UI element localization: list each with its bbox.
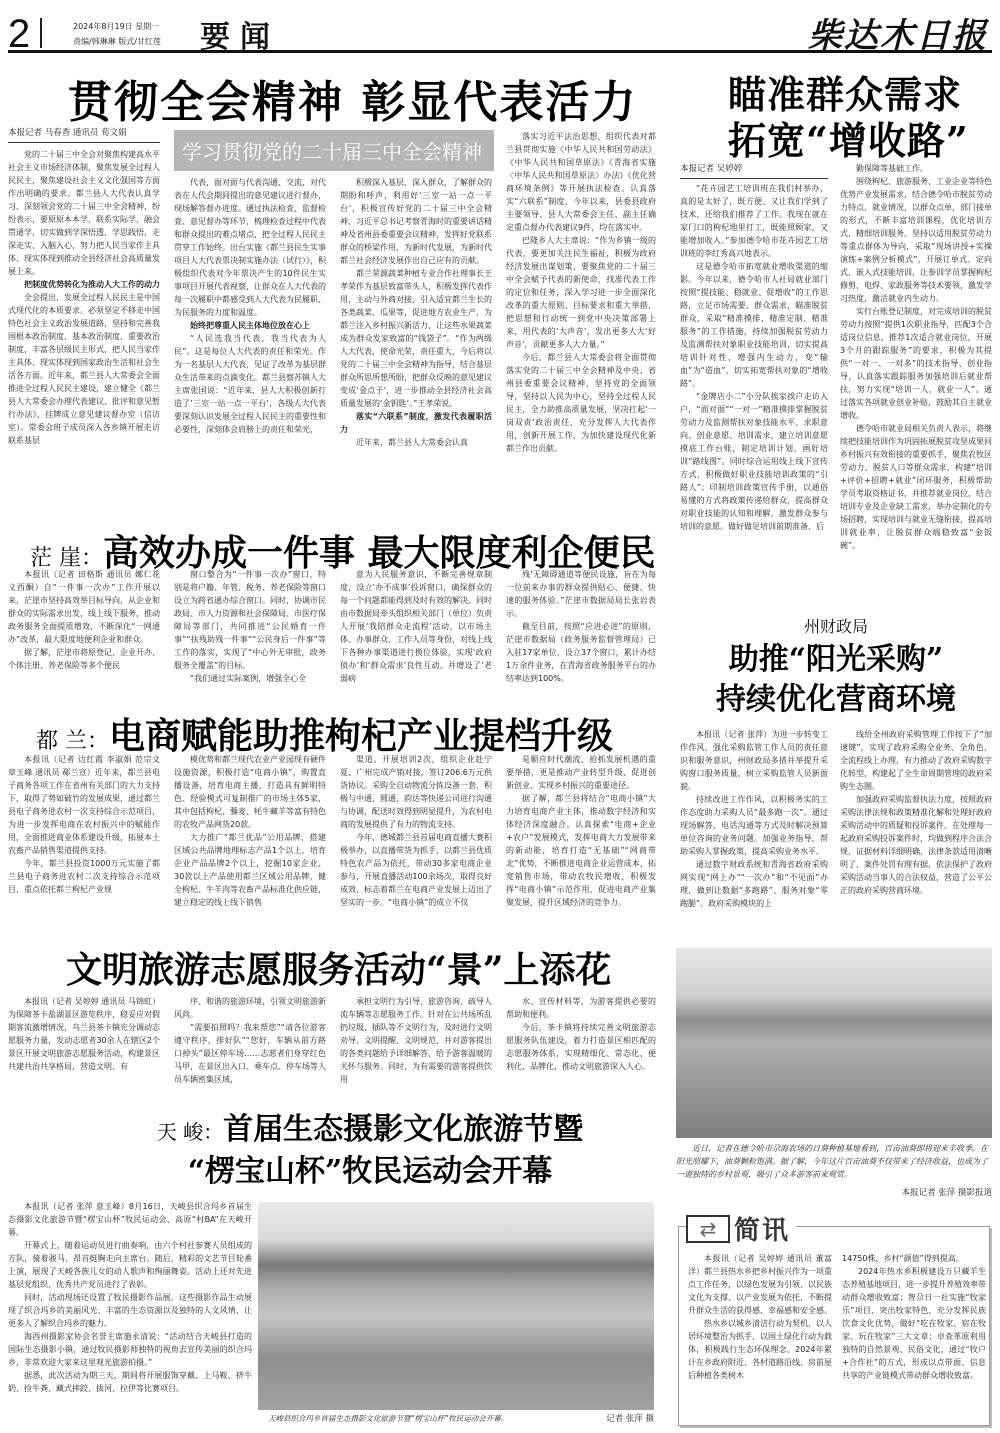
article2-col1: “花卉园艺工培训班在我们村举办，真的是太好了，既方便、又让我们学到了技术，还给我…: [680, 182, 828, 602]
article6-col4: 水、宣传材料等，为游客提供必要的帮助和便利。今后，茶卡镇将持续完善文明旅游志愿服…: [506, 995, 656, 1095]
issue-date: 2024年8月19日 星期一: [73, 21, 159, 33]
article1-byline: 本报记者 马春香 通讯员 荀文娟: [8, 126, 160, 143]
article5-col4: 是顺应时代潮流、抢抓发展机遇的重要举措，更是推动产业转型升级、促进创新创业、实现…: [506, 753, 656, 923]
header-rule: [8, 50, 992, 53]
herdsmen-games-photo: [258, 1202, 654, 1410]
article5-col1: 本报讯（记者 边红霞 李淑娟 范宗文 章玉峰 通讯员 郗兰宣）近年来，都兰县电子…: [8, 753, 160, 923]
article1-col3: 积极深入基层、深入群众，了解群众的期盼和呼声，利用好‘三室一站一点一平台’，积极…: [340, 176, 492, 523]
article5-col3: 渠道。开展培训2次，组织企业赴宁夏、广州完成产销对接，签订206.6万元供货协议…: [340, 753, 492, 923]
photo2-caption: 天峻县织合玛乡首届生态摄影文化旅游节暨“楞宝山杯”牧民运动会开幕。: [268, 1412, 558, 1425]
article5-headline: 电商赋能助推枸杞产业提档升级: [109, 715, 613, 757]
article5-headline-wrap: 都 兰：电商赋能助推枸杞产业提档升级: [36, 708, 613, 759]
brief-title: 简讯: [734, 1210, 790, 1247]
photo1-caption: 近日，记者在德令哈市尕海农场的日葵种植基地看到，百亩油葵即将迎来丰收季。在阳光照…: [676, 1142, 992, 1181]
photo2-credit: 记者 张萍 摄: [560, 1412, 654, 1424]
article3-col3: 意为人民服务意识，不断完善规章制度，设立‘办不成事’投诉窗口，确保群众的每一个问…: [340, 568, 492, 696]
article1-banner: 学习贯彻党的二十届三中全会精神: [174, 130, 494, 171]
article2-byline: 本报记者 吴婷婷: [680, 162, 828, 179]
article6-col1: 本报讯（记者 吴婷婷 通讯员 马锦虹）为保障茶卡盐湖景区游览秩序，稳妥应对假期客…: [8, 995, 160, 1095]
header-divider: [40, 18, 42, 48]
article6-col2: 序、和谐的旅游环境，引领文明旅游新风尚。“需要拍照吗？我来帮您”“请各位游客遵守…: [174, 995, 326, 1095]
article4-col1: 本报讯（记者 张萍）为进一步转变工作作风，强化采购监管工作人员的责任意识和服务意…: [680, 728, 828, 933]
article2-headline: 瞄准群众需求 拓宽“增收路”: [728, 72, 969, 164]
page-number: 2: [8, 14, 30, 54]
refresh-arrows-icon: ⇄: [686, 1215, 730, 1243]
sunflower-field-photo: [676, 948, 992, 1138]
editors-credit: 责编/韩琳琳 版式/甘红莲: [73, 36, 161, 47]
article3-col4: 残’无障碍通道等便民设施，旨在为每一位前来办事的群众提供贴心、便捷、快速的服务体…: [506, 568, 656, 696]
article6-col3: 承担文明行为引导、旅游咨询、疏导人流车辆等志愿服务工作。针对在公共场所乱扔垃圾、…: [340, 995, 492, 1095]
article4-kicker: 州财政局: [680, 614, 992, 637]
brief-col1: 本报讯（记者 吴婷婷 通讯员 董富洋）都兰县热水乡把乡村振兴作为一项重点工作任务…: [688, 1252, 832, 1422]
article1-col1: 党的二十届三中全会对聚焦构建高水平社会主义市场经济体制，聚焦发展全过程人民民主，…: [8, 148, 160, 523]
article4-col2: 线给全州政府采购管理工作按下了“加速键”，实现了政府采购全业务、全角色、全流程线…: [840, 728, 992, 933]
photo1-credit: 本报记者 张萍 摄影报道: [676, 1186, 992, 1198]
article5-kicker: 都 兰：: [36, 729, 109, 754]
article7-headline: 天 峻：首届生态摄影文化旅游节暨 “楞宝山杯”牧民运动会开幕: [70, 1110, 670, 1192]
article2-col2: 勤保障等基础工作。围绕枸杞、旅游服务、工业企业等特色优势产业发展需求，结合德令哈…: [840, 162, 992, 602]
article7-kicker: 天 峻：: [157, 1120, 223, 1144]
article1-headline: 贯彻全会精神 彰显代表活力: [68, 66, 637, 130]
article3-col2: 窗口整合为“一件事一次办”窗口，特别是将户籍、年管、税务、养老保险等窗口设立为跨…: [174, 568, 326, 696]
article1-col2: 代表，面对面与代表沟通、交流，对代表在人代会期间提出的意见建议进行督办，现场解答…: [174, 176, 326, 523]
brief-col2: 14750株，乡村“颜值”得到提高。2024年热水乡积极建设万只藏羊生态养殖基地…: [842, 1252, 986, 1422]
brief-header: ⇄ 简讯: [686, 1210, 796, 1247]
article6-headline: 文明旅游志愿服务活动“景”上添花: [66, 942, 611, 993]
article4-headline: 助推“阳光采购” 持续优化营商环境: [680, 640, 992, 720]
article7-body: 本报讯（记者 张萍 意玉峰）8月16日，天峻县织合玛乡首届生态摄影文化旅游节暨“…: [8, 1200, 252, 1425]
article1-col4: 落实习近平法治思想，组织代表对都兰县贯彻实施《中华人民共和国劳动法》《中华人民共…: [506, 130, 656, 523]
article3-col1: 本报讯（记者 田格斯 通讯员 娜仁花 义西酮）自“一件事一次办”工作开展以来，茫…: [8, 568, 160, 696]
article5-col2: 模优势和都兰现代农业产业园现有硬件设施资源，积极打造“电商小镇”，购置直播设备，…: [174, 753, 326, 923]
